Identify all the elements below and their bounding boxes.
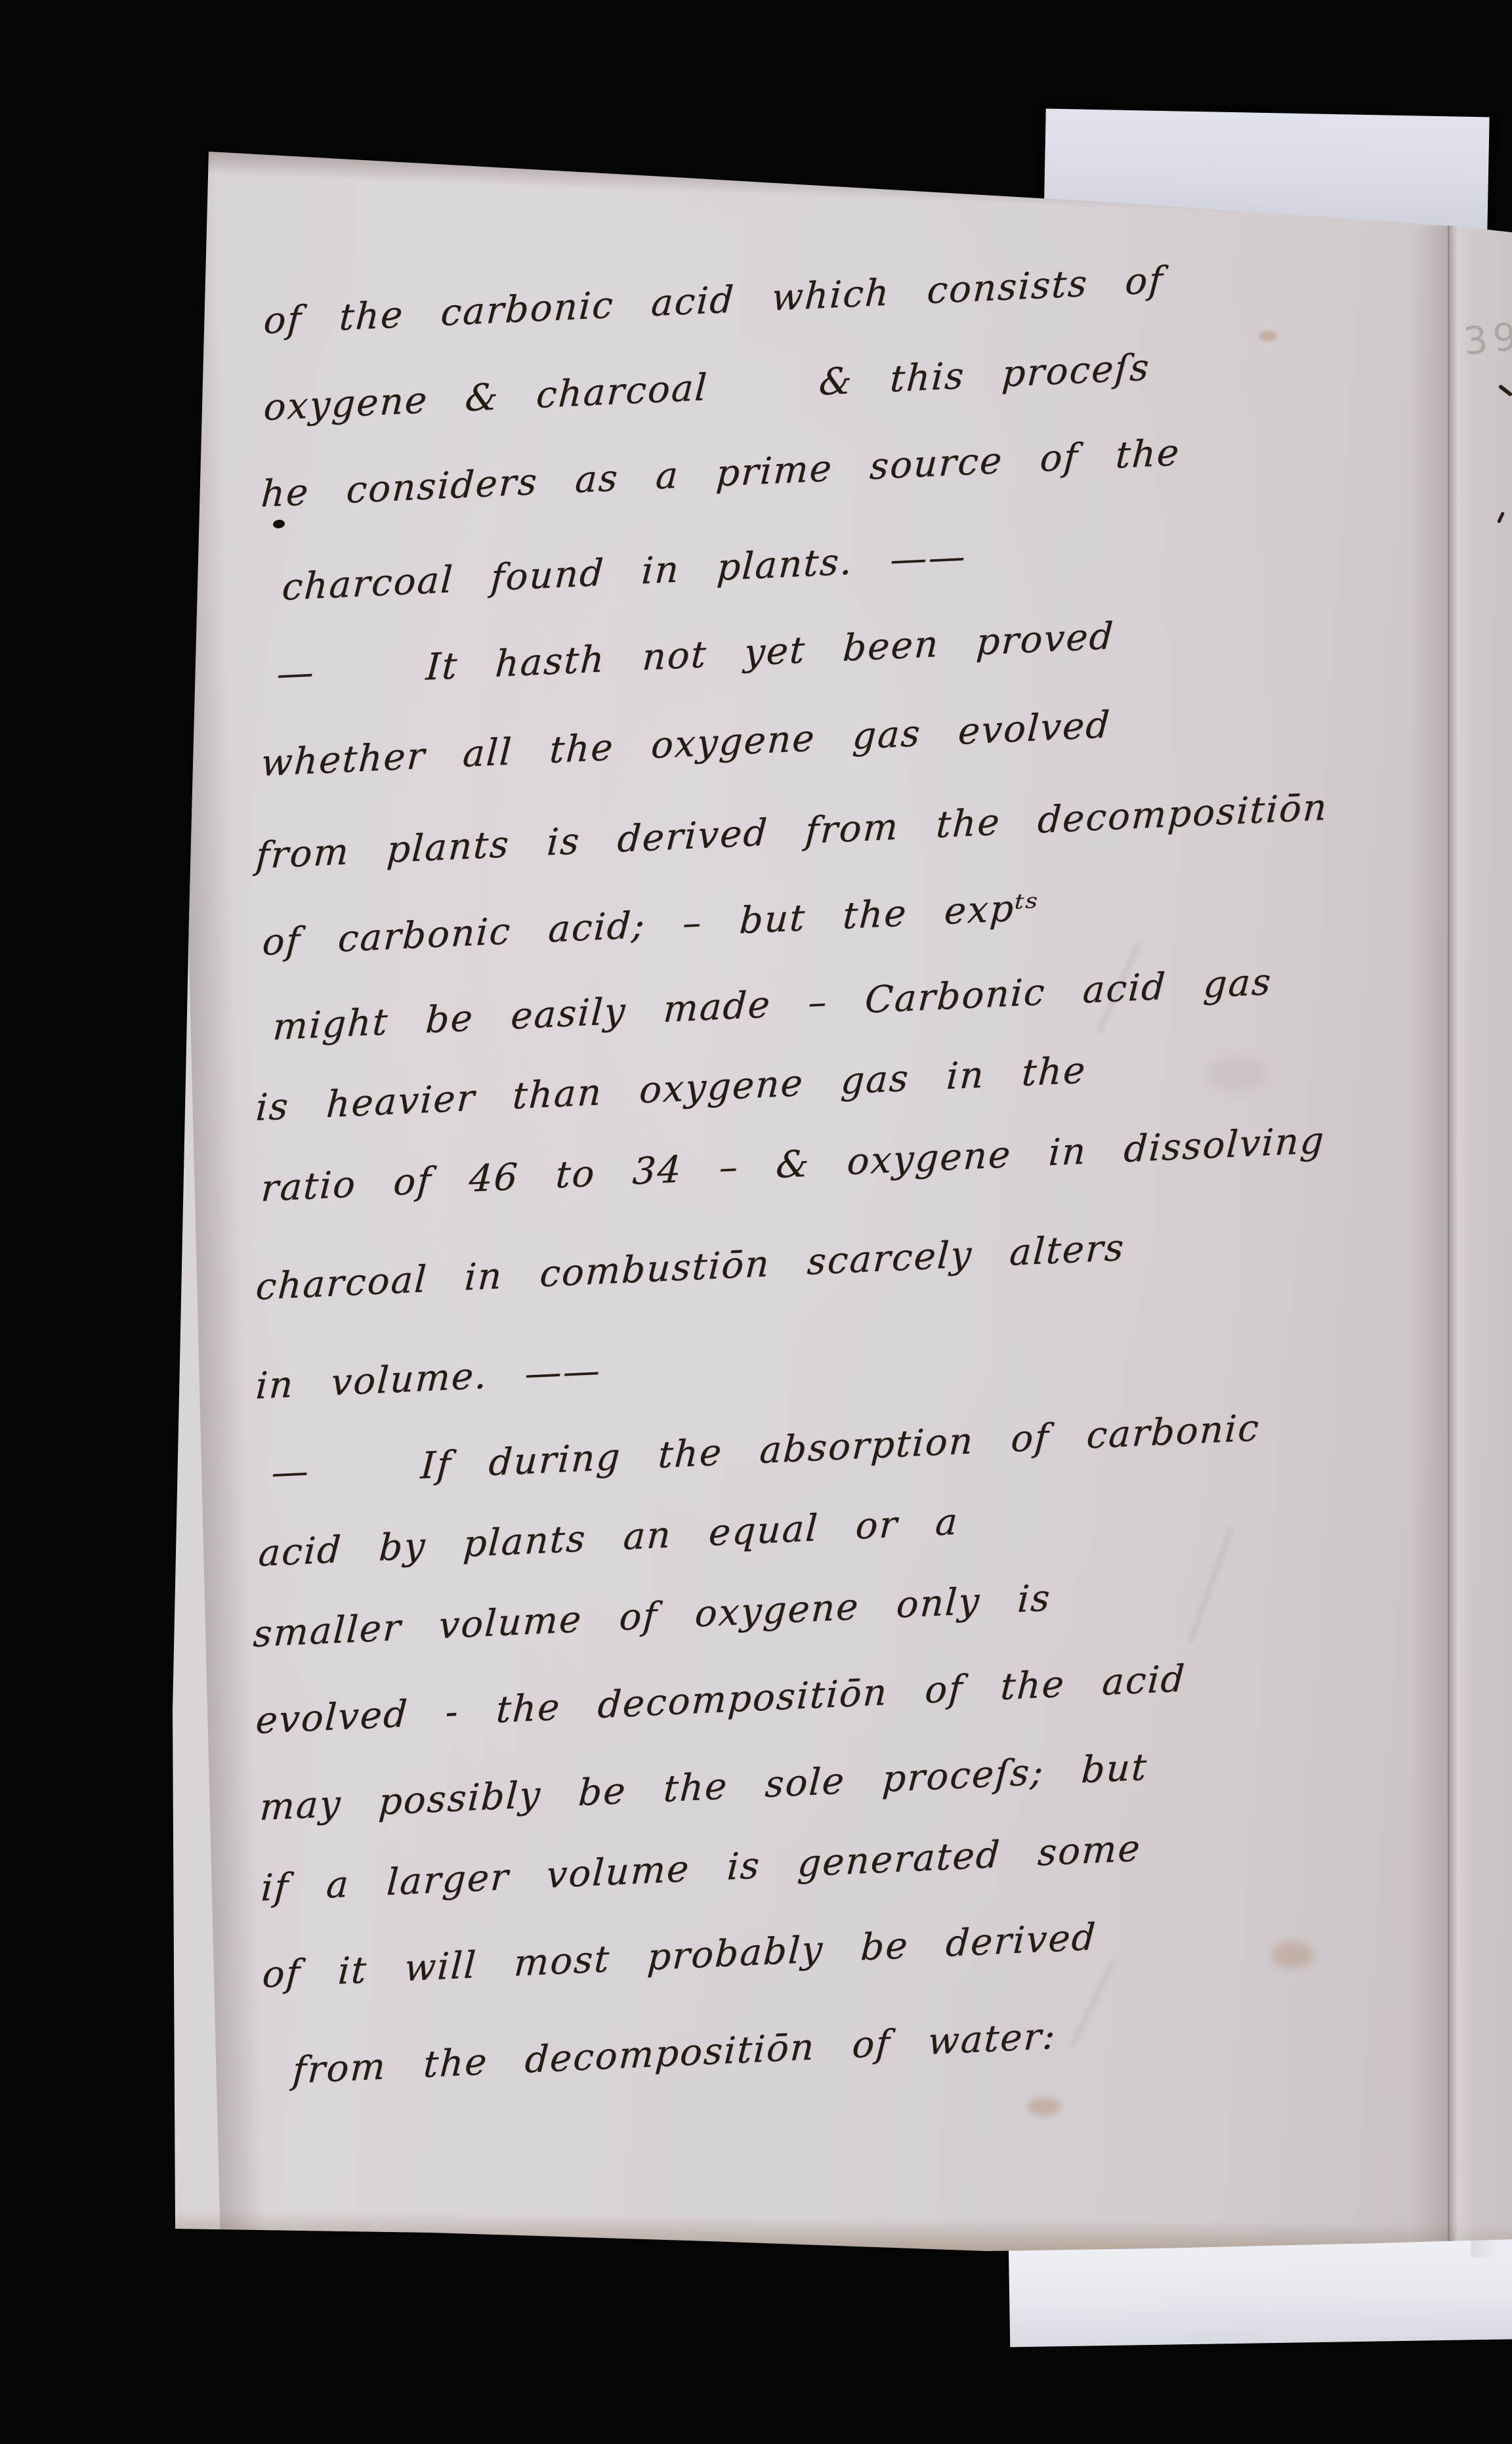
paper-stain bbox=[1272, 1941, 1314, 1969]
gutter-fold-band bbox=[1448, 223, 1512, 2244]
handwritten-line: whether all the oxygene gas evolved bbox=[260, 706, 1112, 784]
ink-blot-left-margin bbox=[272, 519, 285, 529]
gutter-crease-shadow bbox=[1411, 226, 1449, 2241]
handwritten-line: — If during the absorption of carbonic bbox=[270, 1408, 1261, 1493]
handwritten-line: acid by plants an equal or a bbox=[257, 1502, 960, 1574]
paper-strip-bottom-right bbox=[1009, 2235, 1512, 2348]
handwritten-line: — It hasth not yet been proved bbox=[276, 617, 1116, 694]
handwritten-line: charcoal in combustiōn scarcely alters bbox=[255, 1229, 1126, 1307]
handwritten-line: smaller volume of oxygene only is bbox=[252, 1579, 1052, 1654]
handwritten-line: might be easily made – Carbonic acid gas bbox=[272, 963, 1273, 1047]
handwritten-line: charcoal found in plants. —— bbox=[281, 537, 968, 608]
folio-number-pencil: 39 bbox=[1461, 313, 1512, 364]
handwritten-line: oxygene & charcoal & this proceſs bbox=[262, 348, 1151, 428]
handwritten-line: in volume. —— bbox=[255, 1351, 602, 1406]
show-through-mark bbox=[1186, 1525, 1235, 1645]
handwritten-line: of it will most probably be derived bbox=[261, 1918, 1098, 1995]
handwritten-line: may possibly be the sole proceſs; but bbox=[259, 1748, 1149, 1828]
show-through-mark bbox=[1068, 1960, 1117, 2051]
handwritten-line: is heavier than oxygene gas in the bbox=[255, 1051, 1087, 1128]
handwritten-line: ratio of 46 to 34 – & oxygene in dissolv… bbox=[260, 1121, 1326, 1209]
paper-stain bbox=[1028, 2097, 1060, 2116]
page-left-edge-shading bbox=[169, 150, 266, 2237]
handwritten-line: he considers as a prime source of the bbox=[260, 433, 1181, 515]
handwritten-line: from the decompositiōn of water: bbox=[291, 2017, 1058, 2091]
manuscript-page: 39 of the carbonic acid which consists o… bbox=[0, 0, 1512, 2444]
photo-background: 39 of the carbonic acid which consists o… bbox=[0, 0, 1512, 2444]
handwritten-line: of carbonic acid; – but the expᵗˢ bbox=[261, 888, 1040, 963]
handwritten-line: from plants is derived from the decompos… bbox=[255, 788, 1329, 876]
handwritten-line: evolved - the decompositiōn of the acid bbox=[255, 1659, 1187, 1741]
handwritten-line: of the carbonic acid which consists of bbox=[262, 261, 1165, 341]
paper-stain bbox=[1259, 331, 1277, 341]
handwritten-line: if a larger volume is generated some bbox=[260, 1829, 1143, 1908]
paper-stain bbox=[1205, 1057, 1268, 1092]
